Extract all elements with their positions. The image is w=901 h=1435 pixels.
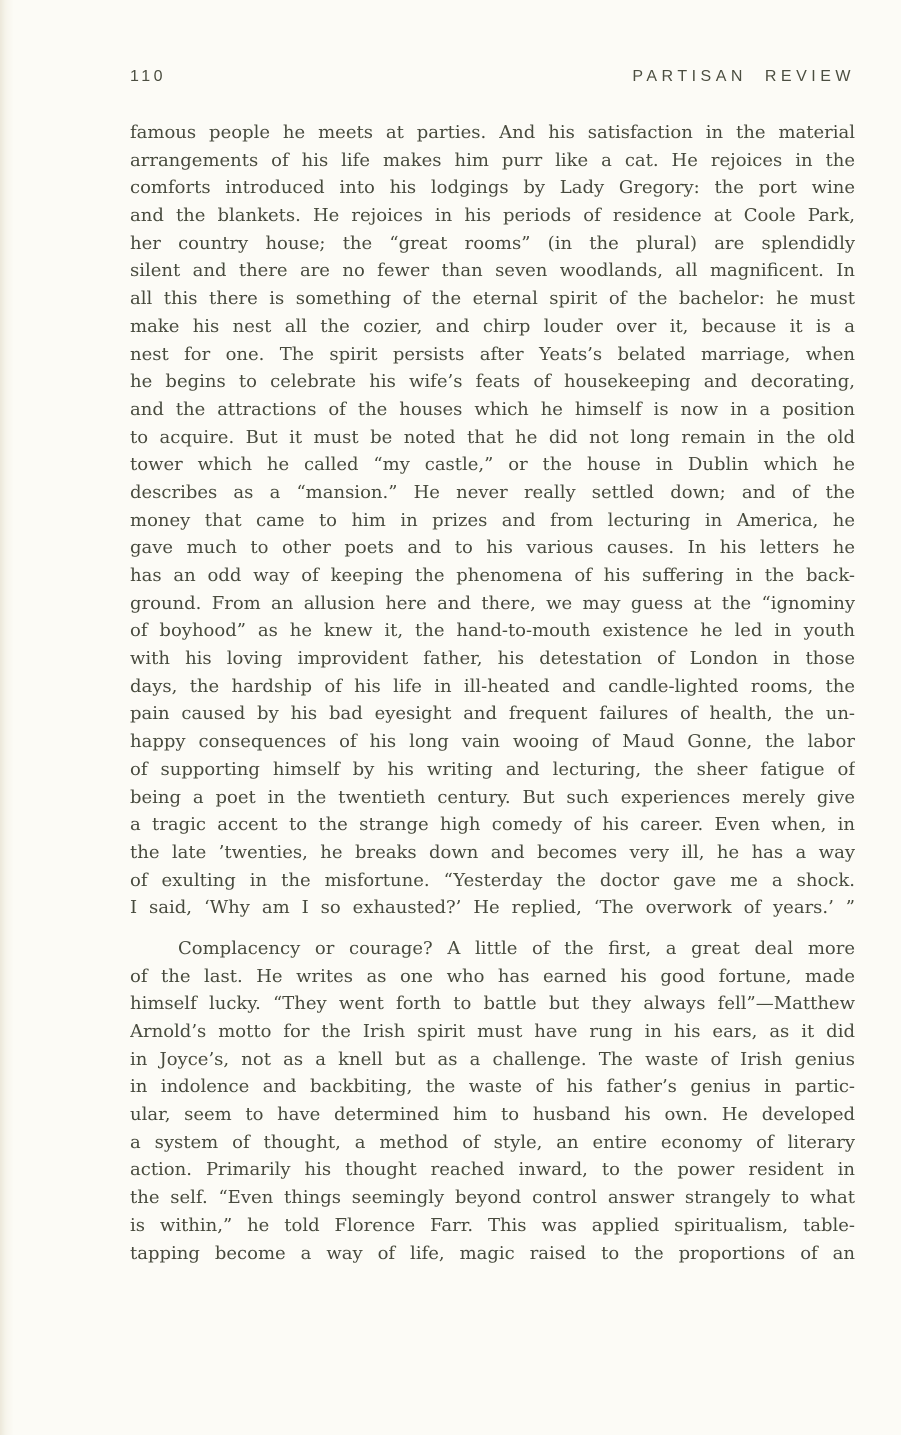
text-line: tower which he called “my castle,” or th…	[130, 451, 855, 479]
text-line: describes as a “mansion.” He never reall…	[130, 479, 855, 507]
text-line: Complacency or courage? A little of the …	[130, 935, 855, 963]
text-line: famous people he meets at parties. And h…	[130, 119, 855, 147]
text-line: a tragic accent to the strange high come…	[130, 811, 855, 839]
text-line: tapping become a way of life, magic rais…	[130, 1240, 855, 1268]
text-line: I said, ‘Why am I so exhausted?’ He repl…	[130, 894, 855, 922]
text-line: her country house; the “great rooms” (in…	[130, 230, 855, 258]
text-line: and the attractions of the houses which …	[130, 396, 855, 424]
text-line: ular, seem to have determined him to hus…	[130, 1101, 855, 1129]
text-line: nest for one. The spirit persists after …	[130, 341, 855, 369]
page-number: 110	[130, 68, 166, 86]
text-line: with his loving improvident father, his …	[130, 645, 855, 673]
text-line: the late ’twenties, he breaks down and b…	[130, 839, 855, 867]
text-line: the self. “Even things seemingly beyond …	[130, 1184, 855, 1212]
text-line: being a poet in the twentieth century. B…	[130, 784, 855, 812]
text-line: to acquire. But it must be noted that he…	[130, 424, 855, 452]
scanned-book-page: 110 PARTISAN REVIEW famous people he mee…	[0, 0, 901, 1435]
text-line: is within,” he told Florence Farr. This …	[130, 1212, 855, 1240]
journal-title: PARTISAN REVIEW	[632, 68, 855, 86]
text-line: ground. From an allusion here and there,…	[130, 590, 855, 618]
text-line: gave much to other poets and to his vari…	[130, 534, 855, 562]
text-line: Arnold’s motto for the Irish spirit must…	[130, 1018, 855, 1046]
paragraph: famous people he meets at parties. And h…	[130, 119, 855, 922]
text-line: has an odd way of keeping the phenomena …	[130, 562, 855, 590]
text-line: arrangements of his life makes him purr …	[130, 147, 855, 175]
text-line: and the blankets. He rejoices in his per…	[130, 202, 855, 230]
text-line: pain caused by his bad eyesight and freq…	[130, 700, 855, 728]
text-line: himself lucky. “They went forth to battl…	[130, 990, 855, 1018]
text-line: days, the hardship of his life in ill-he…	[130, 673, 855, 701]
text-line: of supporting himself by his writing and…	[130, 756, 855, 784]
text-line: he begins to celebrate his wife’s feats …	[130, 368, 855, 396]
text-line: a system of thought, a method of style, …	[130, 1129, 855, 1157]
paragraph: Complacency or courage? A little of the …	[130, 935, 855, 1267]
text-line: of boyhood” as he knew it, the hand-to-m…	[130, 617, 855, 645]
text-line: silent and there are no fewer than seven…	[130, 257, 855, 285]
text-line: action. Primarily his thought reached in…	[130, 1156, 855, 1184]
text-line: of exulting in the misfortune. “Yesterda…	[130, 867, 855, 895]
text-line: money that came to him in prizes and fro…	[130, 507, 855, 535]
text-line: all this there is something of the etern…	[130, 285, 855, 313]
text-line: make his nest all the cozier, and chirp …	[130, 313, 855, 341]
page-body: famous people he meets at parties. And h…	[130, 119, 855, 1267]
text-line: in Joyce’s, not as a knell but as a chal…	[130, 1046, 855, 1074]
text-line: in indolence and backbiting, the waste o…	[130, 1073, 855, 1101]
text-line: comforts introduced into his lodgings by…	[130, 174, 855, 202]
page-header: 110 PARTISAN REVIEW	[130, 68, 855, 86]
text-line: of the last. He writes as one who has ea…	[130, 963, 855, 991]
text-line: happy consequences of his long vain wooi…	[130, 728, 855, 756]
